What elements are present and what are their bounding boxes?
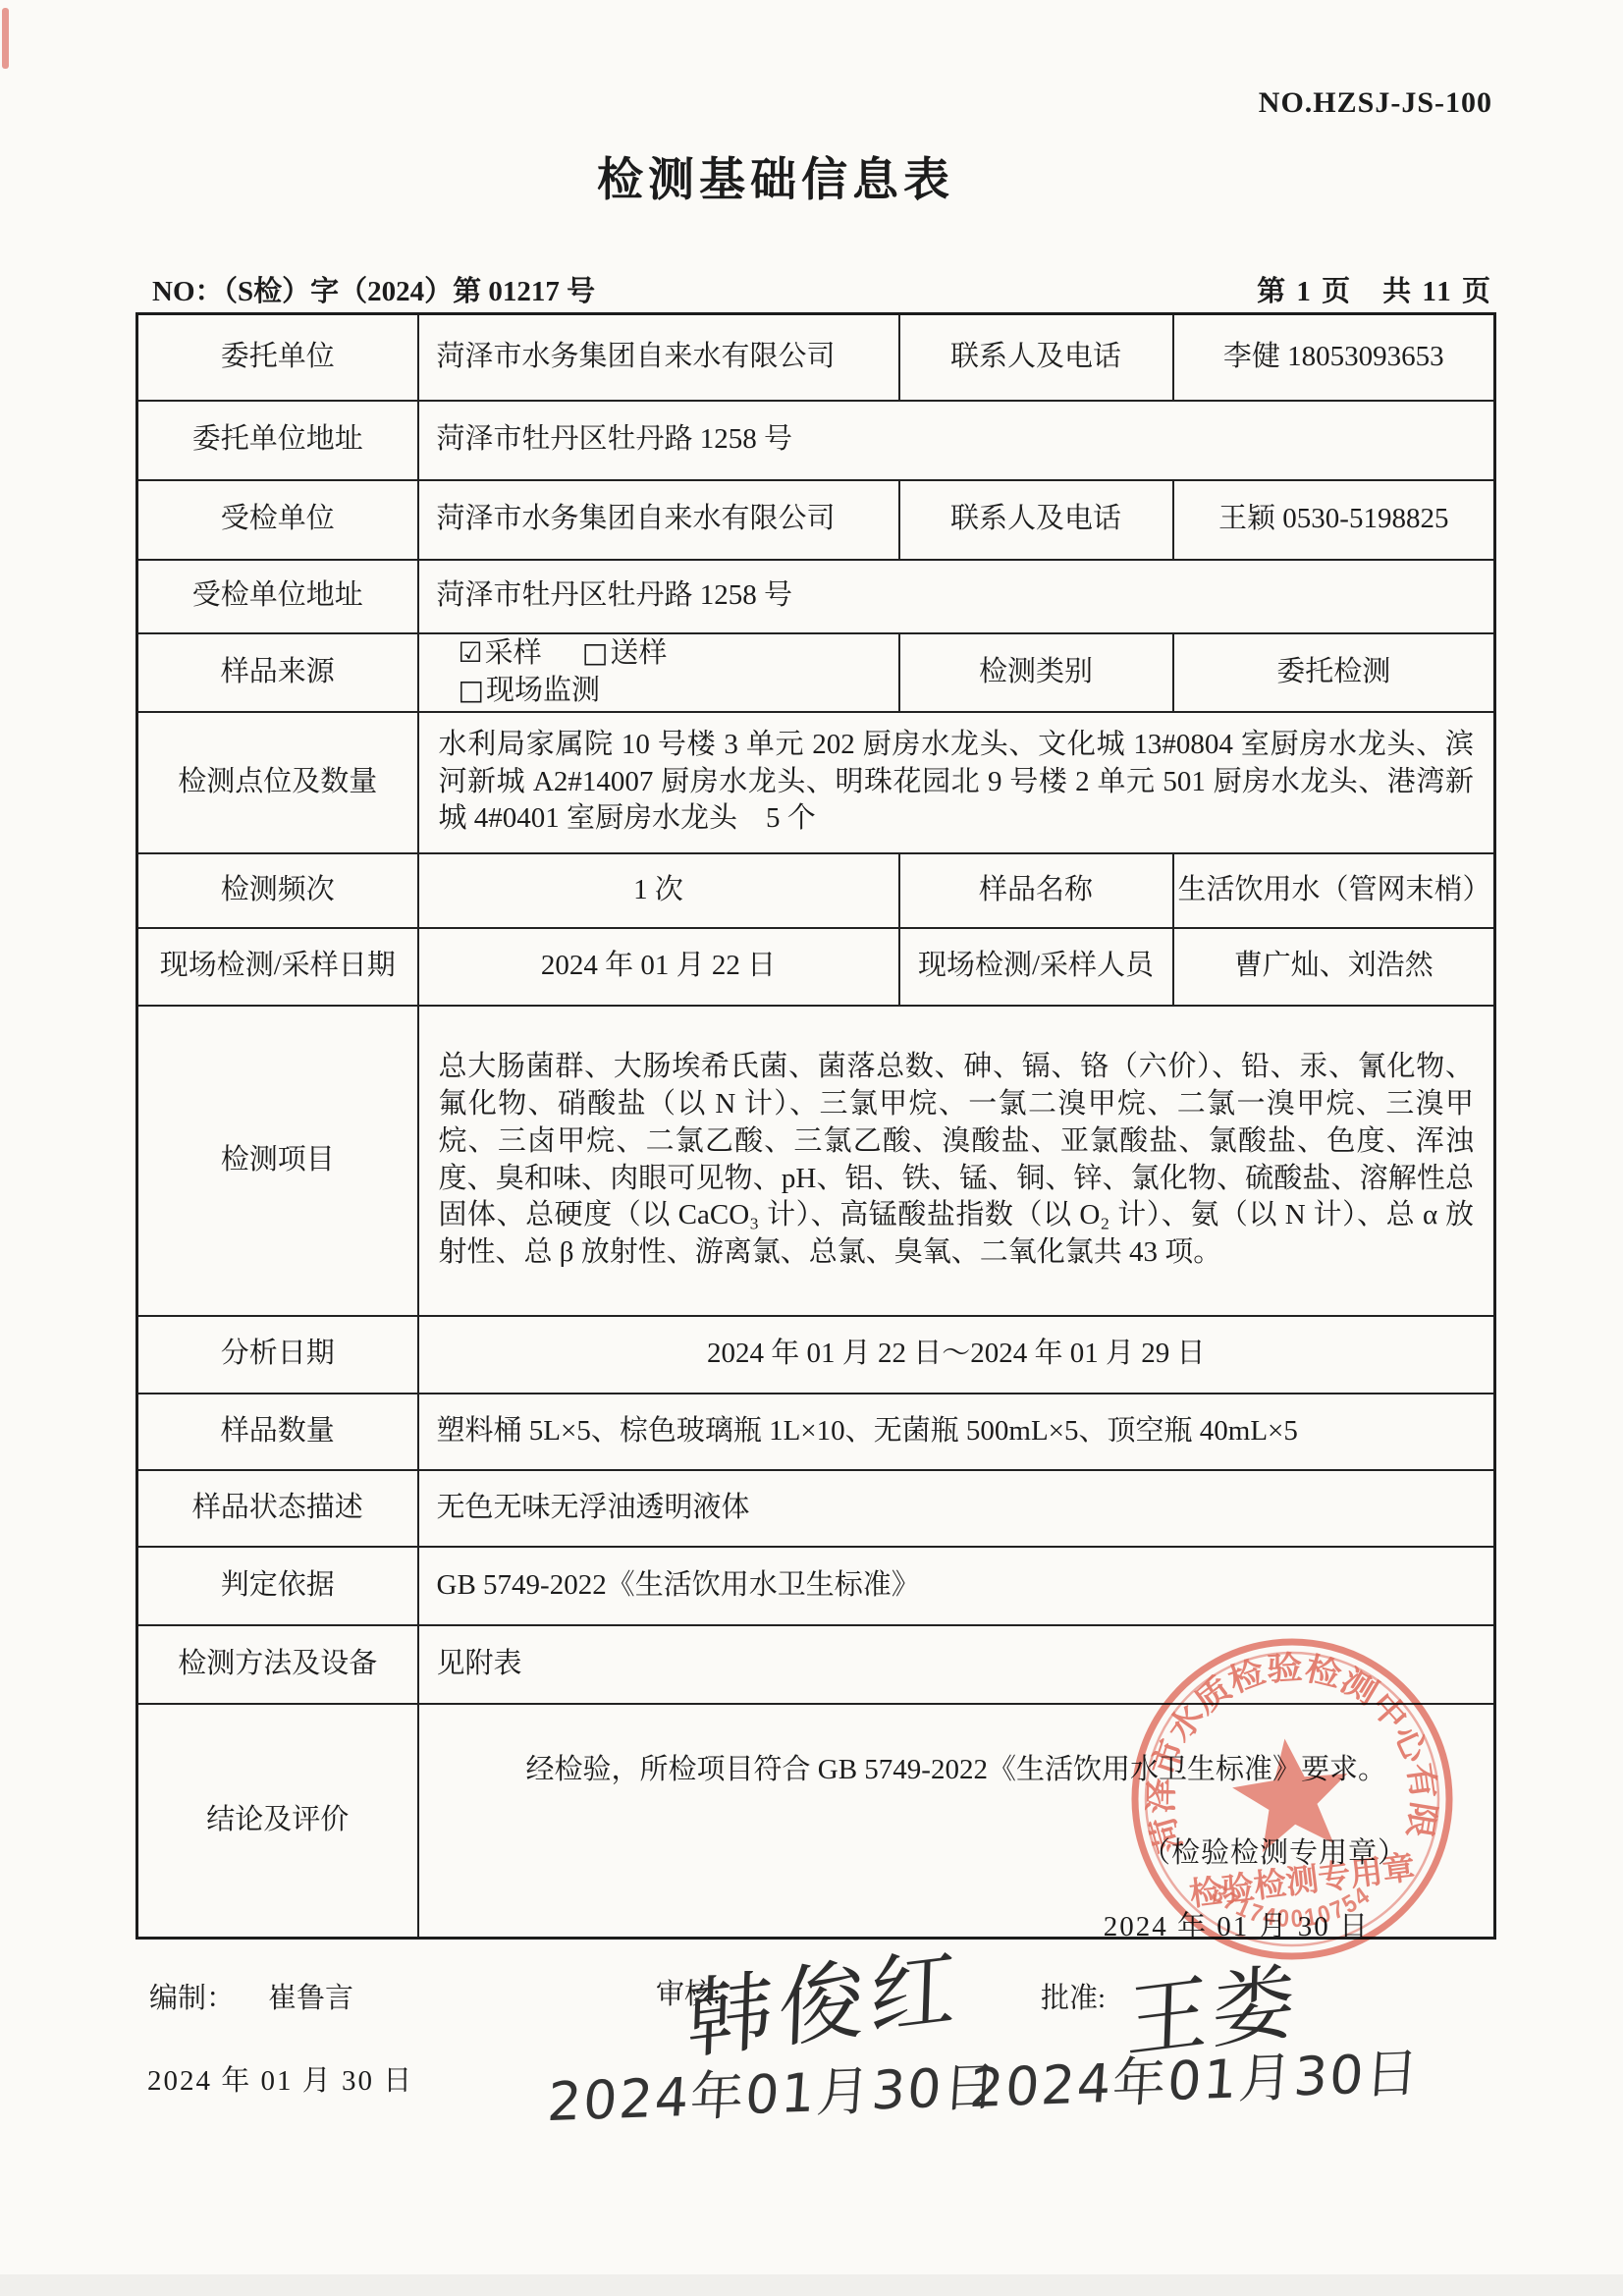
analysis-date-label: 分析日期 [137,1316,418,1394]
table-row: 受检单位地址 菏泽市牡丹区牡丹路 1258 号 [137,560,1495,633]
field-person-value: 曹广灿、刘浩然 [1173,928,1495,1006]
client-contact-value: 李健 18053093653 [1173,314,1495,401]
judge-basis-label: 判定依据 [137,1547,418,1625]
seal-note-text: （检验检测专用章） [1142,1835,1407,1873]
page-number-info: 第 1 页 共 11 页 [1257,269,1492,309]
info-table: 委托单位 菏泽市水务集团自来水有限公司 联系人及电话 李健 1805309365… [135,312,1496,1940]
table-row: 检测点位及数量 水利局家属院 10 号楼 3 单元 202 厨房水龙头、文化城 … [137,712,1495,853]
table-row: 检测方法及设备 见附表 [137,1625,1495,1704]
field-date-value: 2024 年 01 月 22 日 [418,928,899,1006]
table-row: 委托单位 菏泽市水务集团自来水有限公司 联系人及电话 李健 1805309365… [137,314,1495,401]
approve-date-handwritten: 2024年01月30日 [967,2031,1423,2122]
points-value: 水利局家属院 10 号楼 3 单元 202 厨房水龙头、文化城 13#0804 … [418,712,1495,853]
client-address-label: 委托单位地址 [137,401,418,480]
sample-state-label: 样品状态描述 [137,1470,418,1547]
sample-name-value: 生活饮用水（管网末梢） [1173,853,1495,928]
table-row: 样品来源 ☑采样 □送样 □现场监测 检测类别 委托检测 [137,633,1495,712]
items-value: 总大肠菌群、大肠埃希氏菌、菌落总数、砷、镉、铬（六价）、铅、汞、氰化物、氟化物、… [418,1006,1495,1316]
scan-artifact [2,8,9,69]
inspected-contact-label: 联系人及电话 [899,480,1173,560]
client-value: 菏泽市水务集团自来水有限公司 [418,314,899,401]
client-address-value: 菏泽市牡丹区牡丹路 1258 号 [418,401,1495,480]
frequency-value: 1 次 [418,853,899,928]
approve-label: 批准: [1041,1976,1106,2016]
method-label: 检测方法及设备 [137,1625,418,1704]
points-label: 检测点位及数量 [137,712,418,853]
inspected-contact-value: 王颖 0530-5198825 [1173,480,1495,560]
items-label: 检测项目 [137,1006,418,1316]
checkbox-checked-icon: ☑ [459,636,483,669]
table-row: 受检单位 菏泽市水务集团自来水有限公司 联系人及电话 王颖 0530-51988… [137,480,1495,560]
checkbox-sampling[interactable]: ☑采样 [459,637,542,669]
table-row: 样品状态描述 无色无味无浮油透明液体 [137,1470,1495,1547]
test-category-value: 委托检测 [1173,633,1495,712]
checkbox-empty-icon: □ [459,674,484,706]
conclusion-label: 结论及评价 [137,1704,418,1939]
test-category-label: 检测类别 [899,633,1173,712]
checkbox-empty-icon: □ [582,636,608,669]
prepare-block: 编制：崔鲁言 [149,1976,353,2016]
table-row: 结论及评价 经检验，所检项目符合 GB 5749-2022《生活饮用水卫生标准》… [137,1704,1495,1939]
client-label: 委托单位 [137,314,418,401]
inspected-address-value: 菏泽市牡丹区牡丹路 1258 号 [418,560,1495,633]
checkbox-delivered[interactable]: □送样 [582,637,667,669]
prepare-date: 2024 年 01 月 30 日 [147,2058,413,2099]
table-row: 检测频次 1 次 样品名称 生活饮用水（管网末梢） [137,853,1495,928]
page-title: 检测基础信息表 [0,143,1551,209]
checkbox-onsite-label: 现场监测 [486,675,600,706]
method-value: 见附表 [418,1625,1495,1704]
checkbox-onsite[interactable]: □现场监测 [459,675,600,706]
preparer-name: 崔鲁言 [268,1983,353,2014]
client-contact-label: 联系人及电话 [899,314,1173,401]
checkbox-sampling-label: 采样 [485,637,542,669]
conclusion-text: 经检验，所检项目符合 GB 5749-2022《生活饮用水卫生标准》要求。 [419,1752,1494,1789]
sample-name-label: 样品名称 [899,853,1173,928]
conclusion-date: 2024 年 01 月 30 日 [1104,1909,1370,1939]
field-person-label: 现场检测/采样人员 [899,928,1173,1006]
frequency-label: 检测频次 [137,853,418,928]
field-date-label: 现场检测/采样日期 [137,928,418,1006]
sample-source-label: 样品来源 [137,633,418,712]
document-ref-number: NO.HZSJ-JS-100 [1259,86,1492,120]
table-row: 样品数量 塑料桶 5L×5、棕色玻璃瓶 1L×10、无菌瓶 500mL×5、顶空… [137,1394,1495,1470]
table-row: 现场检测/采样日期 2024 年 01 月 22 日 现场检测/采样人员 曹广灿… [137,928,1495,1006]
analysis-date-value: 2024 年 01 月 22 日～2024 年 01 月 29 日 [418,1316,1495,1394]
conclusion-cell: 经检验，所检项目符合 GB 5749-2022《生活饮用水卫生标准》要求。 （检… [418,1704,1495,1939]
table-row: 分析日期 2024 年 01 月 22 日～2024 年 01 月 29 日 [137,1316,1495,1394]
judge-basis-value: GB 5749-2022《生活饮用水卫生标准》 [418,1547,1495,1625]
checkbox-delivered-label: 送样 [610,637,667,669]
report-page: NO.HZSJ-JS-100 检测基础信息表 NO：（S检）字（2024）第 0… [0,0,1623,2296]
prepare-label: 编制： [149,1983,235,2014]
inspected-address-label: 受检单位地址 [137,560,418,633]
table-row: 判定依据 GB 5749-2022《生活饮用水卫生标准》 [137,1547,1495,1625]
sample-qty-value: 塑料桶 5L×5、棕色玻璃瓶 1L×10、无菌瓶 500mL×5、顶空瓶 40m… [418,1394,1495,1470]
sample-qty-label: 样品数量 [137,1394,418,1470]
inspected-value: 菏泽市水务集团自来水有限公司 [418,480,899,560]
report-number: NO：（S检）字（2024）第 01217 号 [152,269,595,309]
review-date-handwritten: 2024年01月30日 [545,2045,1001,2136]
sample-state-value: 无色无味无浮油透明液体 [418,1470,1495,1547]
scan-edge-shadow [0,2274,1623,2296]
table-row: 检测项目 总大肠菌群、大肠埃希氏菌、菌落总数、砷、镉、铬（六价）、铅、汞、氰化物… [137,1006,1495,1316]
inspected-label: 受检单位 [137,480,418,560]
table-row: 委托单位地址 菏泽市牡丹区牡丹路 1258 号 [137,401,1495,480]
sample-source-options: ☑采样 □送样 □现场监测 [418,633,899,712]
